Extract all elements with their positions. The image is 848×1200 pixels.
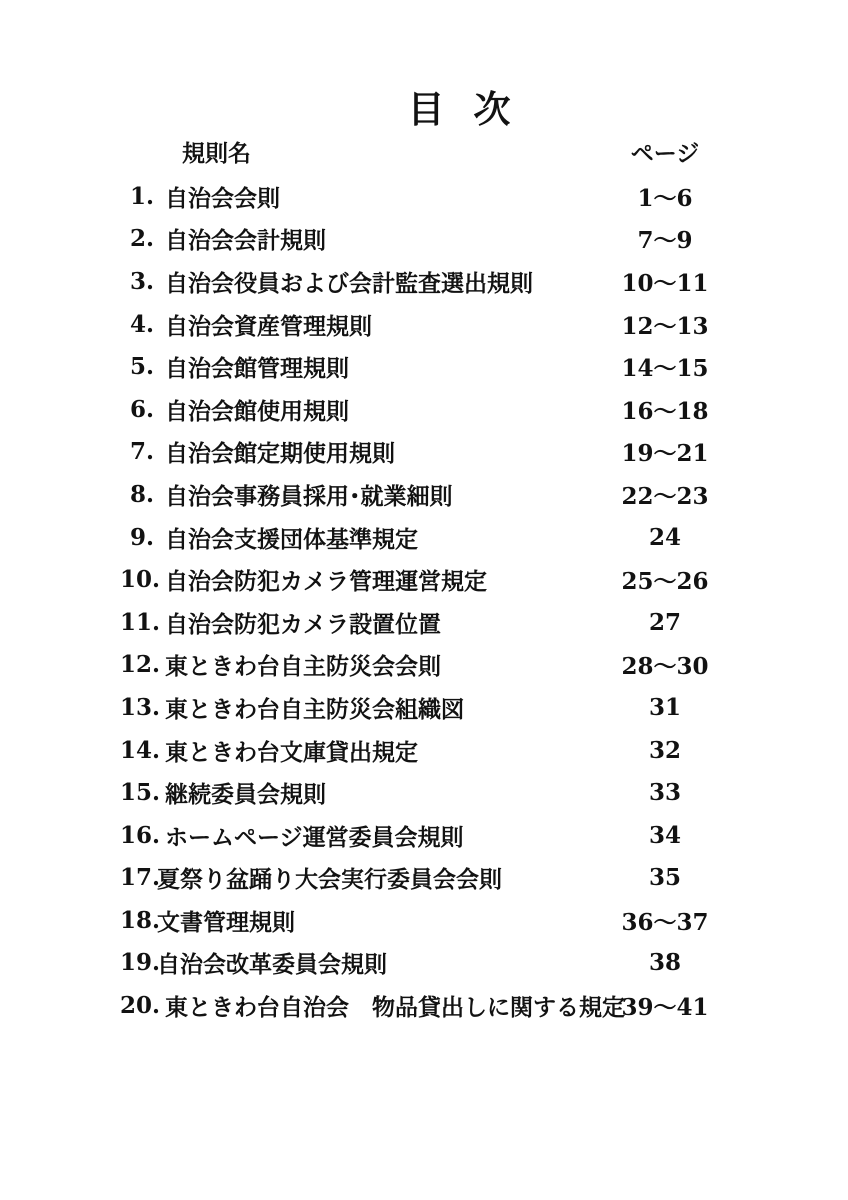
page-title: 目 次 bbox=[0, 88, 848, 130]
entry-number: 13. bbox=[120, 694, 154, 721]
entry-title: 東ときわ台自治会 物品貸出しに関する規定 bbox=[154, 989, 625, 1022]
entry-pages: 14～15 bbox=[610, 350, 720, 383]
toc-entry: 15. 継続委員会規則 33 bbox=[0, 771, 848, 814]
entry-pages: 36～37 bbox=[610, 904, 720, 937]
toc-entry: 13. 東ときわ台自主防災会組織図 31 bbox=[0, 686, 848, 729]
column-headers: 規則名 ページ bbox=[0, 143, 848, 165]
entry-pages: 19～21 bbox=[610, 435, 720, 468]
entry-title: 自治会役員および会計監査選出規則 bbox=[154, 265, 533, 298]
entry-title: 東ときわ台自主防災会会則 bbox=[154, 648, 441, 681]
entry-pages: 7～9 bbox=[610, 222, 720, 255]
entry-title: 自治会事務員採用･就業細則 bbox=[154, 478, 453, 511]
column-header-rule-name: 規則名 bbox=[182, 140, 251, 167]
toc-entry: 5. 自治会館管理規則 14～15 bbox=[0, 345, 848, 388]
entry-pages: 1～6 bbox=[610, 180, 720, 213]
toc-entry: 11. 自治会防犯カメラ設置位置 27 bbox=[0, 601, 848, 644]
entry-pages: 38 bbox=[610, 949, 720, 976]
entry-title: 自治会館定期使用規則 bbox=[154, 435, 395, 468]
entry-number: 7. bbox=[120, 438, 154, 465]
toc-entry: 8. 自治会事務員採用･就業細則 22～23 bbox=[0, 473, 848, 516]
entry-number: 11. bbox=[120, 609, 154, 636]
entry-title: 自治会支援団体基準規定 bbox=[154, 521, 418, 554]
toc-entry: 3. 自治会役員および会計監査選出規則 10～11 bbox=[0, 260, 848, 303]
entry-title: 文書管理規則 bbox=[154, 904, 295, 937]
entry-pages: 27 bbox=[610, 609, 720, 636]
entry-number: 3. bbox=[120, 268, 154, 295]
entry-number: 6. bbox=[120, 396, 154, 423]
toc-entry: 7. 自治会館定期使用規則 19～21 bbox=[0, 431, 848, 474]
entry-number: 19. bbox=[120, 949, 154, 976]
entry-number: 15. bbox=[120, 779, 154, 806]
entry-title: 夏祭り盆踊り大会実行委員会会則 bbox=[154, 861, 502, 894]
toc-entry: 16. ホームページ運営委員会規則 34 bbox=[0, 814, 848, 857]
entry-number: 18. bbox=[120, 907, 154, 934]
entry-pages: 33 bbox=[610, 779, 720, 806]
entry-pages: 25～26 bbox=[610, 563, 720, 596]
entry-pages: 34 bbox=[610, 822, 720, 849]
entry-number: 1. bbox=[120, 183, 154, 210]
entry-pages: 12～13 bbox=[610, 308, 720, 341]
column-header-page: ページ bbox=[610, 143, 720, 165]
toc-entry: 12. 東ときわ台自主防災会会則 28～30 bbox=[0, 644, 848, 687]
entry-pages: 28～30 bbox=[610, 648, 720, 681]
entry-title: 東ときわ台文庫貸出規定 bbox=[154, 734, 418, 767]
entry-number: 12. bbox=[120, 651, 154, 678]
entry-title: ホームページ運営委員会規則 bbox=[154, 819, 464, 852]
toc-entry: 6. 自治会館使用規則 16～18 bbox=[0, 388, 848, 431]
toc-list: 1. 自治会会則 1～6 2. 自治会会計規則 7～9 3. 自治会役員および会… bbox=[0, 175, 848, 1027]
entry-number: 16. bbox=[120, 822, 154, 849]
entry-number: 10. bbox=[120, 566, 154, 593]
toc-entry: 2. 自治会会計規則 7～9 bbox=[0, 218, 848, 261]
entry-pages: 39～41 bbox=[610, 989, 720, 1022]
entry-title: 自治会防犯カメラ設置位置 bbox=[154, 606, 441, 639]
entry-title: 自治会防犯カメラ管理運営規定 bbox=[154, 563, 487, 596]
entry-title: 自治会会計規則 bbox=[154, 222, 326, 255]
toc-page: 目 次 規則名 ページ 1. 自治会会則 1～6 2. 自治会会計規則 7～9 … bbox=[0, 0, 848, 1200]
entry-title: 東ときわ台自主防災会組織図 bbox=[154, 691, 464, 724]
entry-pages: 35 bbox=[610, 864, 720, 891]
entry-number: 17. bbox=[120, 864, 154, 891]
toc-entry: 17. 夏祭り盆踊り大会実行委員会会則 35 bbox=[0, 857, 848, 900]
entry-number: 14. bbox=[120, 737, 154, 764]
entry-title: 自治会館管理規則 bbox=[154, 350, 349, 383]
entry-number: 4. bbox=[120, 311, 154, 338]
toc-entry: 9. 自治会支援団体基準規定 24 bbox=[0, 516, 848, 559]
entry-title: 自治会会則 bbox=[154, 180, 280, 213]
entry-number: 8. bbox=[120, 481, 154, 508]
entry-title: 自治会改革委員会規則 bbox=[154, 946, 387, 979]
toc-entry: 20. 東ときわ台自治会 物品貸出しに関する規定 39～41 bbox=[0, 984, 848, 1027]
entry-number: 20. bbox=[120, 992, 154, 1019]
entry-number: 2. bbox=[120, 225, 154, 252]
entry-pages: 10～11 bbox=[610, 265, 720, 298]
entry-pages: 31 bbox=[610, 694, 720, 721]
entry-number: 5. bbox=[120, 353, 154, 380]
toc-entry: 10. 自治会防犯カメラ管理運営規定 25～26 bbox=[0, 558, 848, 601]
entry-number: 9. bbox=[120, 524, 154, 551]
toc-entry: 4. 自治会資産管理規則 12～13 bbox=[0, 303, 848, 346]
entry-title: 自治会館使用規則 bbox=[154, 393, 349, 426]
entry-pages: 32 bbox=[610, 737, 720, 764]
toc-entry: 18. 文書管理規則 36～37 bbox=[0, 899, 848, 942]
toc-entry: 1. 自治会会則 1～6 bbox=[0, 175, 848, 218]
entry-pages: 22～23 bbox=[610, 478, 720, 511]
toc-entry: 14. 東ときわ台文庫貸出規定 32 bbox=[0, 729, 848, 772]
entry-title: 自治会資産管理規則 bbox=[154, 308, 372, 341]
entry-pages: 24 bbox=[610, 524, 720, 551]
entry-pages: 16～18 bbox=[610, 393, 720, 426]
entry-title: 継続委員会規則 bbox=[154, 776, 326, 809]
toc-entry: 19. 自治会改革委員会規則 38 bbox=[0, 942, 848, 985]
